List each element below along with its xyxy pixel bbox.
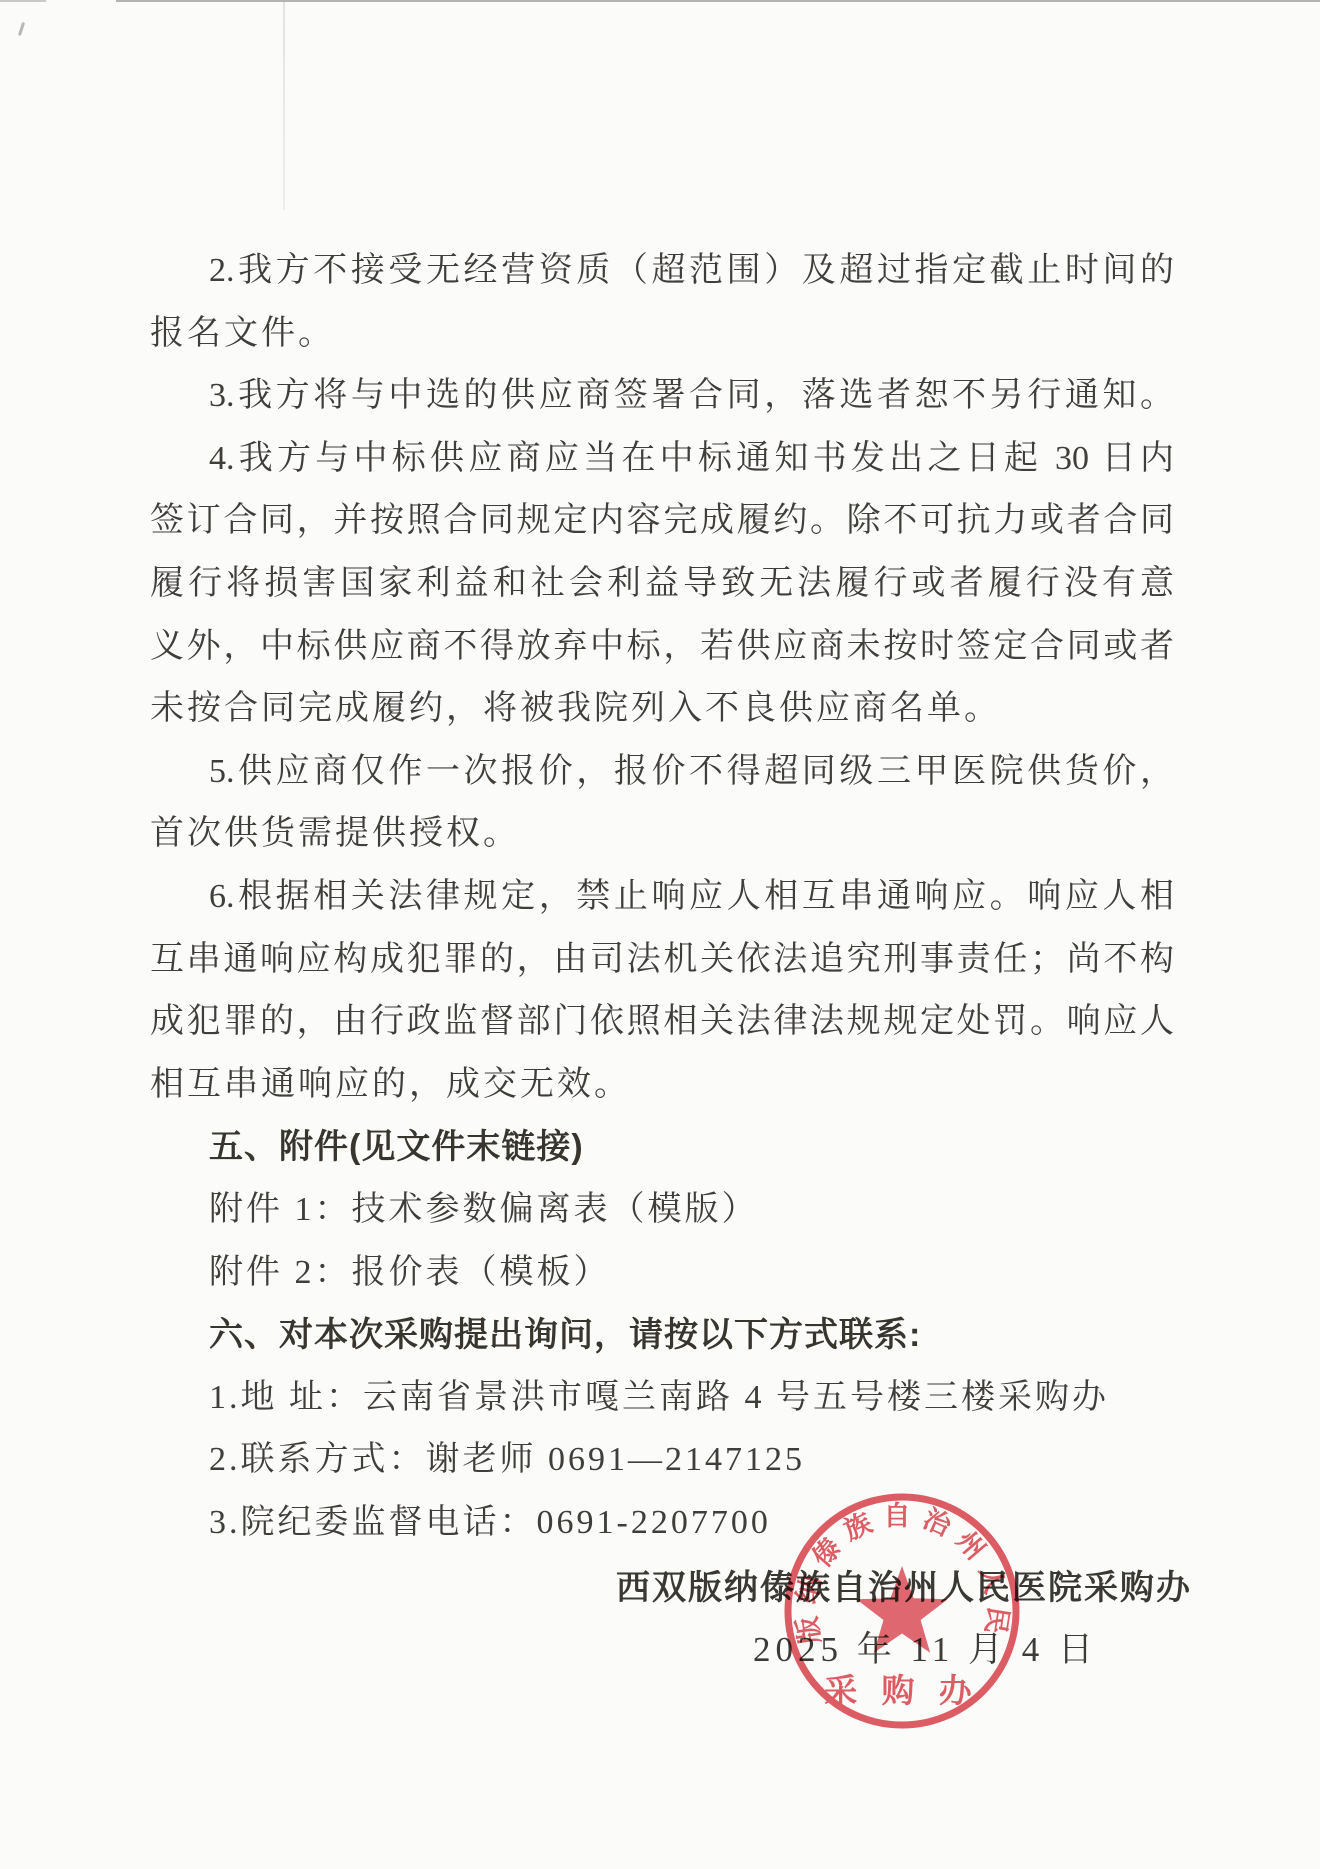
document-line: 成犯罪的，由行政监督部门依照相关法律法规规定处罚。响应人: [150, 991, 1174, 1054]
document-line: 签订合同，并按照合同规定内容完成履约。除不可抗力或者合同: [150, 490, 1174, 553]
document-line: 3.我方将与中选的供应商签署合同，落选者恕不另行通知。: [150, 365, 1174, 428]
seal-star-icon: [856, 1566, 947, 1653]
official-seal: 西双版纳傣族自治州人民医院 采 购 办: [780, 1488, 1024, 1734]
document-line: 6.根据相关法律规定，禁止响应人相互串通响应。响应人相: [150, 866, 1174, 929]
document-line: 5.供应商仅作一次报价，报价不得超同级三甲医院供货价，: [150, 741, 1174, 804]
document-body: 2.我方不接受无经营资质（超范围）及超过指定截止时间的报名文件。3.我方将与中选…: [150, 240, 1174, 1554]
scan-artifact-vertical-line: [283, 2, 285, 210]
document-line: 附件 1：技术参数偏离表（模版）: [150, 1179, 1174, 1242]
document-line: 互串通响应构成犯罪的，由司法机关依法追究刑事责任；尚不构: [150, 929, 1174, 992]
document-line: 2.我方不接受无经营资质（超范围）及超过指定截止时间的: [150, 240, 1174, 303]
seal-bottom-text: 采 购 办: [824, 1673, 980, 1710]
document-line: 五、附件(见文件末链接): [150, 1116, 1174, 1179]
document-line: 报名文件。: [150, 303, 1174, 366]
document-line: 履行将损害国家利益和社会利益导致无法履行或者履行没有意: [150, 553, 1174, 616]
seal-graphic: 西双版纳傣族自治州人民医院 采 购 办: [780, 1488, 1024, 1734]
document-line: 六、对本次采购提出询问，请按以下方式联系:: [150, 1304, 1174, 1367]
scan-artifact-top-edge-right: [116, 0, 1320, 2]
document-line: 未按合同完成履约，将被我院列入不良供应商名单。: [150, 678, 1174, 741]
document-line: 首次供货需提供授权。: [150, 803, 1174, 866]
document-line: 1.地 址：云南省景洪市嘎兰南路 4 号五号楼三楼采购办: [150, 1367, 1174, 1430]
document-line: 4.我方与中标供应商应当在中标通知书发出之日起 30 日内: [150, 428, 1174, 491]
scan-artifact-top-edge-left: [0, 0, 46, 2]
document-line: 义外，中标供应商不得放弃中标，若供应商未按时签定合同或者: [150, 616, 1174, 679]
document-line: 2.联系方式：谢老师 0691—2147125: [150, 1429, 1174, 1492]
document-line: 相互串通响应的，成交无效。: [150, 1054, 1174, 1117]
document-line: 附件 2：报价表（模板）: [150, 1242, 1174, 1305]
scan-artifact-speck: [18, 22, 25, 36]
